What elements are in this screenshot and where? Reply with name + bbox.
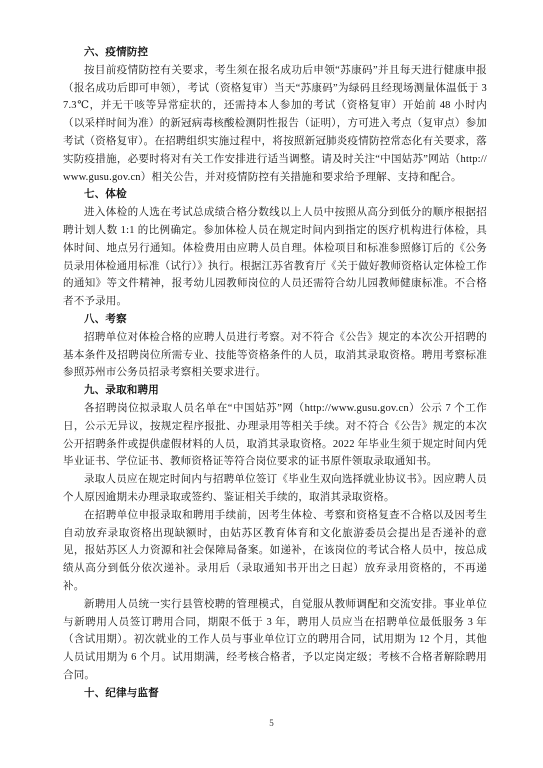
- section-admission-paragraph-2: 录取人员应在规定时间内与招聘单位签订《毕业生双向选择就业协议书》。因应聘人员个人…: [63, 471, 487, 507]
- section-heading-discipline-supervision: 十、纪律与监督: [63, 685, 487, 703]
- section-admission-paragraph-1: 各招聘岗位拟录取人员名单在“中国姑苏”网（http://www.gusu.gov…: [63, 400, 487, 471]
- page-number: 5: [0, 718, 543, 728]
- section-epidemic-prevention-paragraph: 按目前疫情防控有关要求，考生须在报名成功后申领“苏康码”并且每天进行健康申报（报…: [63, 62, 487, 187]
- section-heading-admission-employment: 九、录取和聘用: [63, 382, 487, 400]
- section-admission-paragraph-4: 新聘用人员统一实行县管校聘的管理模式，自觉服从教师调配和交流安排。事业单位与新聘…: [63, 596, 487, 685]
- section-physical-exam-paragraph: 进入体检的人选在考试总成绩合格分数线以上人员中按照从高分到低分的顺序根据招聘计划…: [63, 204, 487, 311]
- document-content: 六、疫情防控 按目前疫情防控有关要求，考生须在报名成功后申领“苏康码”并且每天进…: [63, 44, 487, 702]
- section-heading-epidemic-prevention: 六、疫情防控: [63, 44, 487, 62]
- section-inspection-paragraph: 招聘单位对体检合格的应聘人员进行考察。对不符合《公告》规定的本次公开招聘的基本条…: [63, 329, 487, 382]
- section-heading-inspection: 八、考察: [63, 311, 487, 329]
- document-page: 六、疫情防控 按目前疫情防控有关要求，考生须在报名成功后申领“苏康码”并且每天进…: [0, 0, 543, 768]
- section-heading-physical-exam: 七、体检: [63, 186, 487, 204]
- section-admission-paragraph-3: 在招聘单位申报录取和聘用手续前，因考生体检、考察和资格复查不合格以及因考生自动放…: [63, 507, 487, 596]
